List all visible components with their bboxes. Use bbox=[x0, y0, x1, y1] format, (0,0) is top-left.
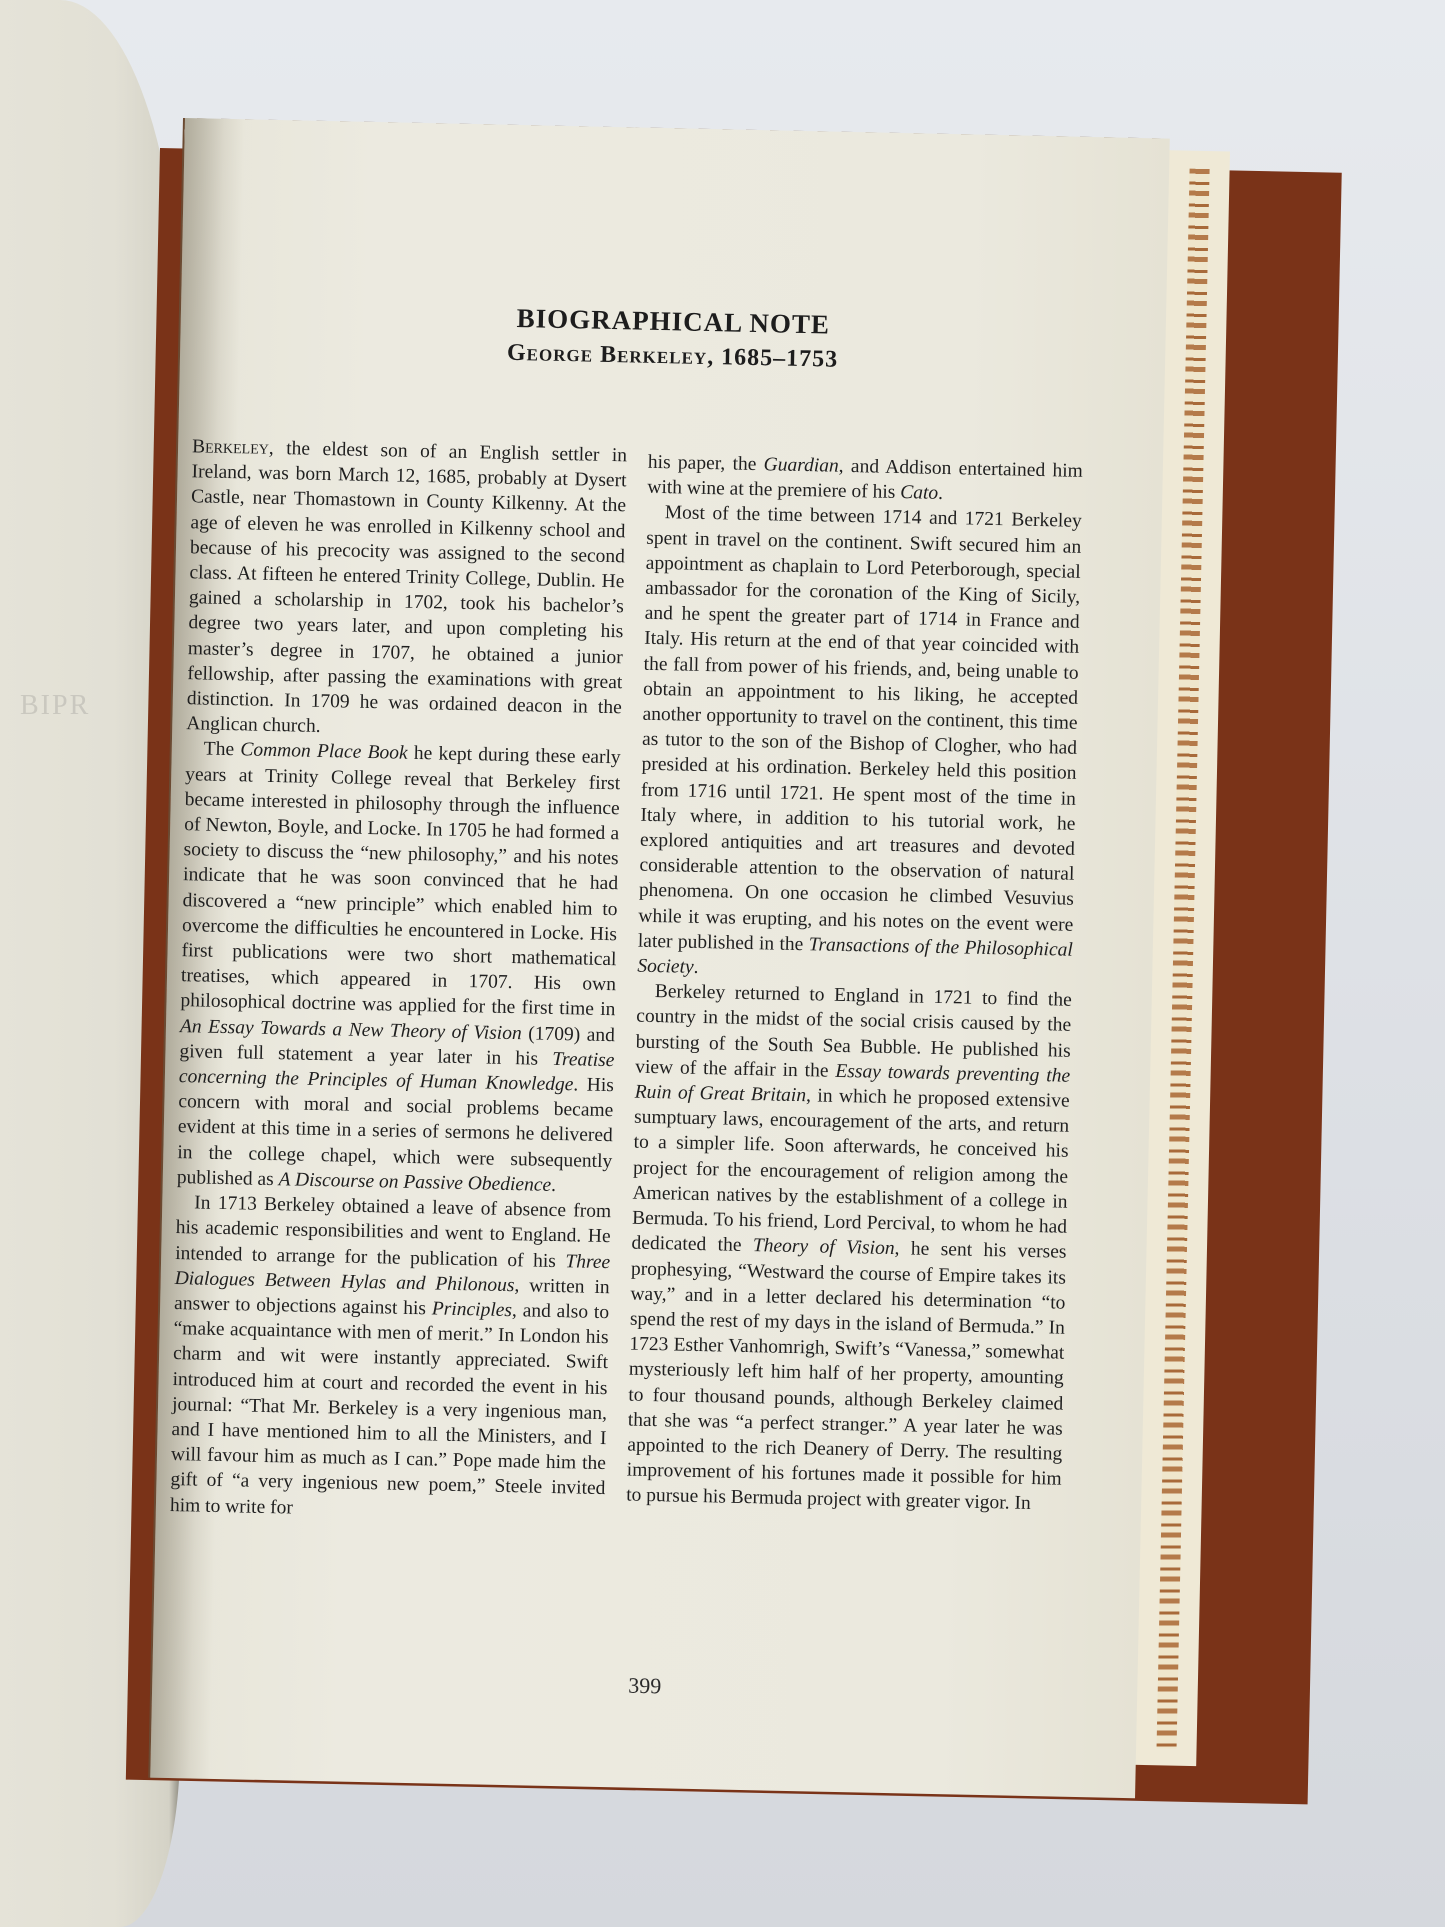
paragraph-philosophy: The Common Place Book he kept during the… bbox=[177, 737, 621, 1200]
paragraph-bermuda: Berkeley returned to England in 1721 to … bbox=[626, 979, 1072, 1517]
book-page: BIOGRAPHICAL NOTE George Berkeley, 1685–… bbox=[150, 118, 1170, 1798]
book-title: Common Place Book bbox=[240, 740, 408, 765]
paragraph-england: In 1713 Berkeley obtained a leave of abs… bbox=[170, 1190, 612, 1527]
play-title: Cato bbox=[900, 482, 938, 504]
publication-title: Guardian bbox=[763, 454, 839, 477]
book-title: Principles bbox=[432, 1298, 513, 1321]
paragraph-continuation: his paper, the Guardian, and Addison ent… bbox=[647, 450, 1083, 510]
lead-word: Berkeley bbox=[192, 436, 269, 459]
paragraph-travels: Most of the time between 1714 and 1721 B… bbox=[637, 500, 1082, 988]
book-title: Theory of Vision bbox=[753, 1235, 895, 1259]
book-title: A Discourse on Passive Obedience bbox=[278, 1169, 551, 1196]
left-page-bleedthrough-text: BIPR bbox=[20, 690, 90, 722]
page-number: 399 bbox=[152, 1663, 1137, 1710]
right-column: his paper, the Guardian, and Addison ent… bbox=[626, 450, 1083, 1517]
book-title: An Essay Towards a New Theory of Vision bbox=[180, 1016, 522, 1044]
paragraph-early-life: Berkeley, the eldest son of an English s… bbox=[186, 434, 627, 745]
left-column: Berkeley, the eldest son of an English s… bbox=[170, 434, 628, 1527]
page-header: BIOGRAPHICAL NOTE George Berkeley, 1685–… bbox=[180, 296, 1166, 381]
